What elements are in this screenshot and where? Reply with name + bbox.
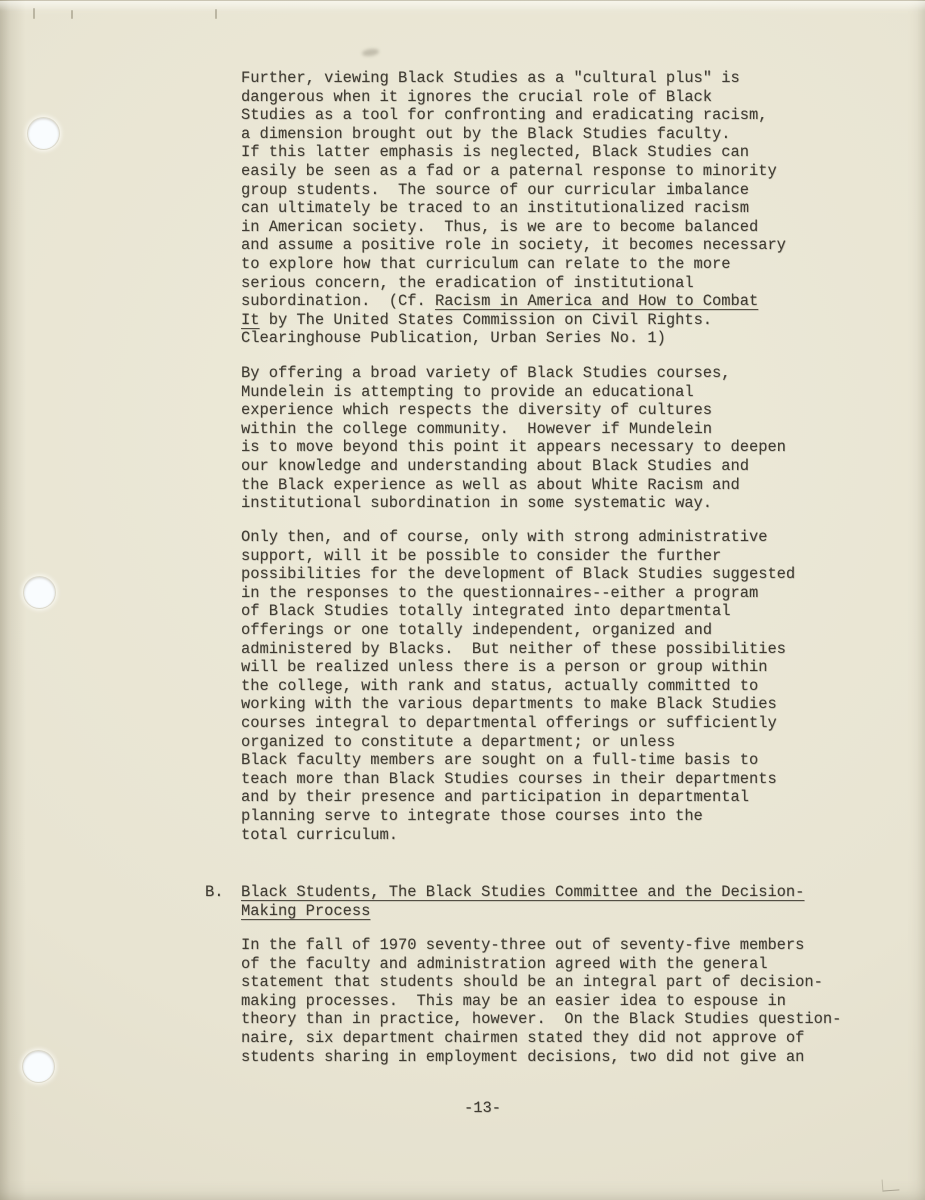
scanned-document-page: Further, viewing Black Studies as a "cul… [0,0,925,1200]
paragraph-1-text-before-citation: Further, viewing Black Studies as a "cul… [241,69,786,310]
citation-title-line-1: Racism in America and How to Combat [435,292,758,310]
hole-punch-top [28,118,59,149]
hole-punch-bottom [23,1051,54,1082]
page-top-edge-highlight [0,0,925,11]
section-b-title: Black Students, The Black Studies Commit… [241,883,804,920]
pencil-mark [882,1178,900,1191]
staple-mark [33,8,35,19]
section-b-label: B. [205,883,241,902]
paragraph-fall-1970: In the fall of 1970 seventy-three out of… [241,936,881,1066]
paragraph-cultural-plus: Further, viewing Black Studies as a "cul… [241,69,881,348]
staple-mark [215,9,217,19]
hole-punch-middle [24,577,55,608]
citation-title-line-2: It [241,311,259,329]
paragraph-1-text-after-citation: by The United States Commission on Civil… [241,311,712,348]
page-number: -13- [464,1099,501,1118]
page-left-edge-shadow [0,0,26,1200]
staple-mark [71,10,73,19]
section-b-heading: B.Black Students, The Black Studies Comm… [205,883,885,920]
paragraph-broad-variety: By offering a broad variety of Black Stu… [241,364,881,513]
ink-smudge [362,48,380,57]
paragraph-administrative-support: Only then, and of course, only with stro… [241,528,881,844]
